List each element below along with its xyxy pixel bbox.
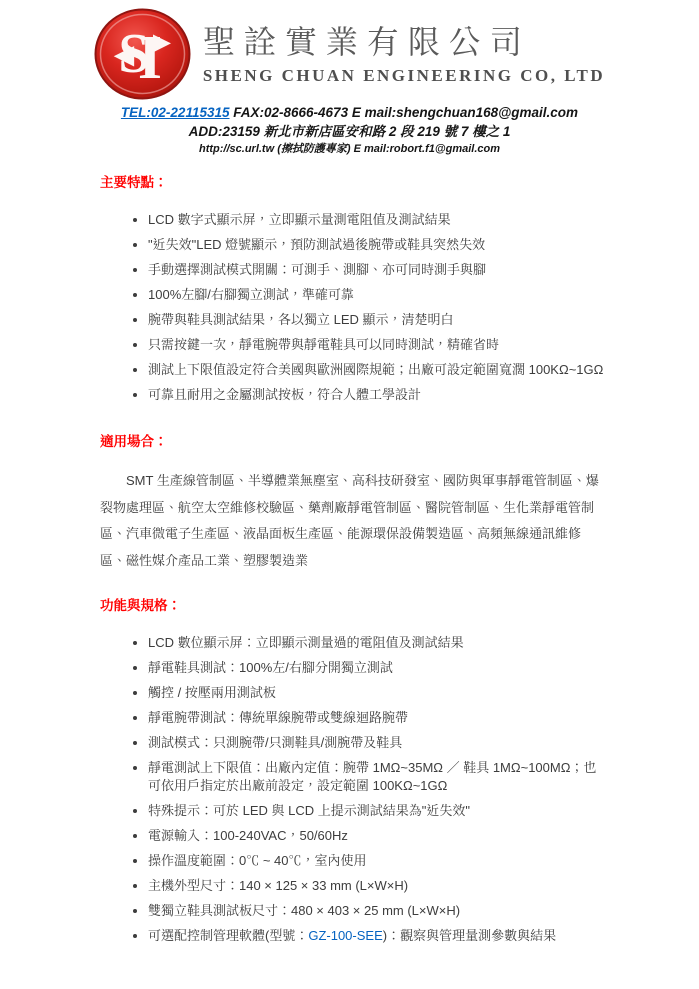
applications-paragraph: SMT 生產線管制區、半導體業無塵室、高科技研發室、國防與軍事靜電管制區、爆裂物…	[100, 468, 604, 575]
contact-line-web: http://sc.url.tw (擦拭防護專家) E mail:robort.…	[0, 142, 699, 157]
document-body: 主要特點： LCD 數字式顯示屏，立即顯示量測電阻值及測試結果"近失效"LED …	[0, 171, 699, 944]
company-logo: S I ◄ ►	[94, 8, 191, 100]
company-name-block: 聖詮實業有限公司 SHENG CHUAN ENGINEERING CO, LTD	[203, 22, 605, 86]
section-heading-applications: 適用場合：	[100, 430, 604, 450]
tel-link[interactable]: TEL:02-22115315	[121, 105, 230, 120]
contact-block: TEL:02-22115315 FAX:02-8666-4673 E mail:…	[0, 104, 699, 157]
list-item: 觸控 / 按壓兩用測試板	[148, 684, 604, 702]
document-page: S I ◄ ► 聖詮實業有限公司 SHENG CHUAN ENGINEERING…	[0, 0, 699, 989]
list-item: 腕帶與鞋具測試結果，各以獨立 LED 顯示，清楚明白	[148, 311, 604, 329]
list-item: LCD 數字式顯示屏，立即顯示量測電阻值及測試結果	[148, 211, 604, 229]
list-item: 靜電腕帶測試：傳統單線腕帶或雙線迴路腕帶	[148, 709, 604, 727]
document-header: S I ◄ ► 聖詮實業有限公司 SHENG CHUAN ENGINEERING…	[0, 0, 699, 100]
model-number-link[interactable]: GZ-100-SEE	[308, 928, 382, 943]
list-item: 靜電鞋具測試：100%左/右腳分開獨立測試	[148, 659, 604, 677]
features-list: LCD 數字式顯示屏，立即顯示量測電阻值及測試結果"近失效"LED 燈號顯示，預…	[100, 211, 604, 404]
company-logo-icon: S I ◄ ►	[94, 8, 191, 100]
list-item: 主機外型尺寸：140 × 125 × 33 mm (L×W×H)	[148, 877, 604, 895]
svg-text:◄: ◄	[107, 37, 141, 74]
list-item: 測試上下限值設定符合美國與歐洲國際規範；出廠可設定範圍寬濶 100KΩ~1GΩ	[148, 361, 604, 379]
list-item: 雙獨立鞋具測試板尺寸：480 × 403 × 25 mm (L×W×H)	[148, 902, 604, 920]
list-item-text: 可選配控制管理軟體(型號：	[148, 928, 308, 943]
list-item: 操作溫度範圍：0℃ ~ 40℃，室內使用	[148, 852, 604, 870]
company-name-en: SHENG CHUAN ENGINEERING CO, LTD	[203, 66, 605, 86]
contact-line-tel-fax: TEL:02-22115315 FAX:02-8666-4673 E mail:…	[0, 104, 699, 123]
list-item: 可靠且耐用之金屬測試按板，符合人體工學設計	[148, 386, 604, 404]
list-item: 電源輸入：100-240VAC，50/60Hz	[148, 827, 604, 845]
section-heading-specs: 功能與規格：	[100, 594, 604, 614]
list-item: 只需按鍵一次，靜電腕帶與靜電鞋具可以同時測試，精確省時	[148, 336, 604, 354]
list-item: LCD 數位顯示屏：立即顯示測量過的電阻值及測試結果	[148, 634, 604, 652]
specs-list: LCD 數位顯示屏：立即顯示測量過的電阻值及測試結果靜電鞋具測試：100%左/右…	[100, 634, 604, 944]
contact-line-address: ADD:23159 新北市新店區安和路 2 段 219 號 7 樓之 1	[0, 123, 699, 142]
list-item-text: )：觀察與管理量測參數與結果	[383, 928, 556, 943]
company-name-zh: 聖詮實業有限公司	[203, 22, 605, 62]
list-item: 手動選擇測試模式開關：可測手、測腳、亦可同時測手與腳	[148, 261, 604, 279]
fax-email-text: FAX:02-8666-4673 E mail:shengchuan168@gm…	[230, 105, 579, 120]
section-heading-features: 主要特點：	[100, 171, 604, 191]
list-item: 可選配控制管理軟體(型號：GZ-100-SEE)：觀察與管理量測參數與結果	[148, 927, 604, 945]
list-item: 100%左腳/右腳獨立測試，準確可靠	[148, 286, 604, 304]
list-item: "近失效"LED 燈號顯示，預防測試過後腕帶或鞋具突然失效	[148, 236, 604, 254]
list-item: 測試模式：只測腕帶/只測鞋具/測腕帶及鞋具	[148, 734, 604, 752]
list-item: 靜電測試上下限值：出廠內定值：腕帶 1MΩ~35MΩ ／ 鞋具 1MΩ~100M…	[148, 759, 604, 795]
list-item: 特殊提示：可於 LED 與 LCD 上提示測試結果為"近失效"	[148, 802, 604, 820]
svg-text:►: ►	[147, 26, 177, 59]
